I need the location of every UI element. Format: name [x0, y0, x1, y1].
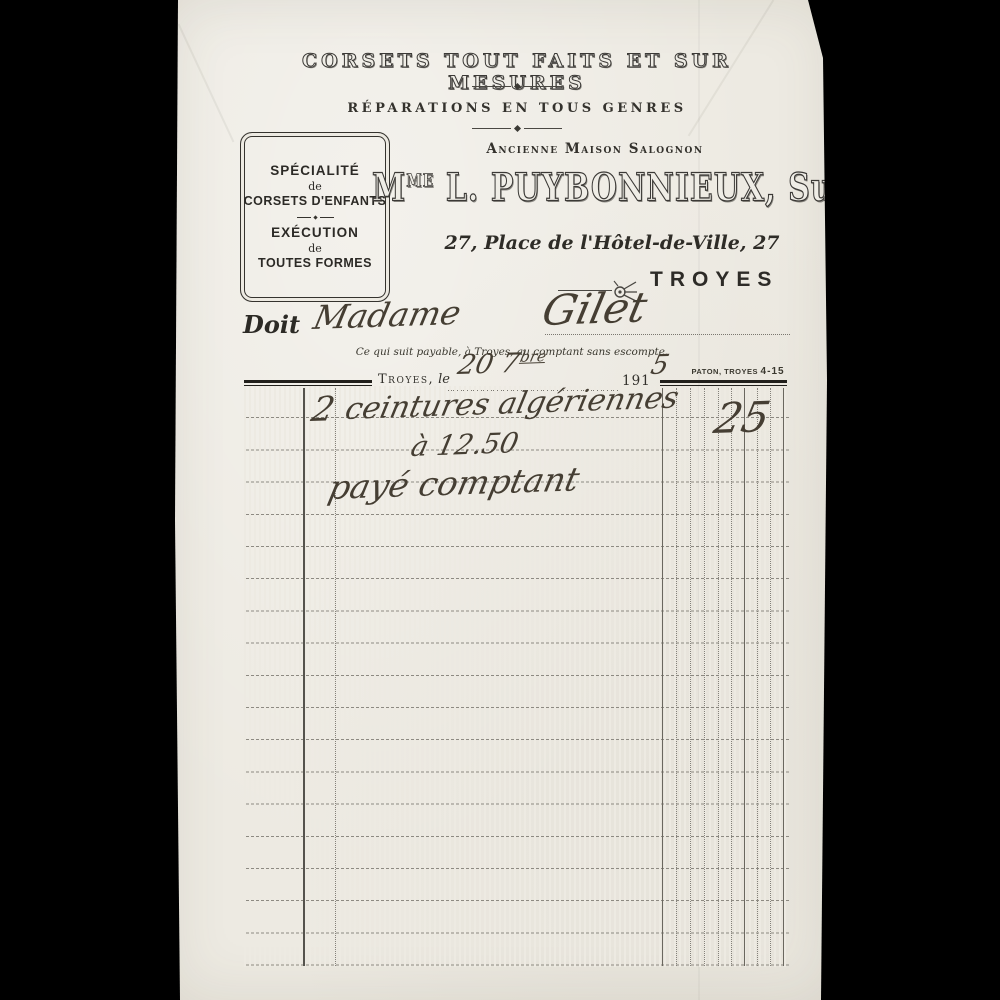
- specialty-title: EXÉCUTION: [271, 226, 359, 240]
- address-line: 27, Place de l'Hôtel-de-Ville, 27: [412, 232, 812, 254]
- specialty-item: CORSETS D'ENFANTS: [244, 195, 387, 208]
- proprietor-rest: L. PUYBONNIEUX, Succ: [434, 166, 872, 211]
- specialty-title: SPÉCIALITÉ: [270, 164, 360, 178]
- printer-code: 4-15: [761, 366, 785, 377]
- divider-ornament-icon: [472, 84, 562, 89]
- money-column-line: [704, 388, 705, 966]
- proprietor-initial: M: [372, 166, 406, 211]
- printer-imprint: Paton, Troyes 4-15: [682, 366, 794, 377]
- specialty-de: de: [308, 243, 322, 255]
- proprietor-sup: R: [872, 171, 885, 191]
- entry-unit-price-handwritten: à 12.50: [408, 426, 522, 463]
- client-surname-handwritten: Gilet: [538, 282, 651, 335]
- client-first: Madame: [310, 293, 465, 337]
- money-column-line: [731, 388, 732, 966]
- entry-unit-price: à 12.50: [408, 426, 522, 463]
- ledger-quantity-column-line: [303, 388, 305, 966]
- date-place-label: Troyes,le: [378, 372, 450, 387]
- predecessor-text: Ancienne Maison Salognon: [486, 141, 703, 157]
- predecessor-line: Ancienne Maison Salognon: [445, 141, 745, 157]
- money-column-line: [718, 388, 719, 966]
- scan-background: { "colors": { "background": "#000000", "…: [0, 0, 1000, 1000]
- city-name: TROYES: [650, 268, 778, 292]
- printer-name: Paton, Troyes: [691, 367, 758, 376]
- date-place-city: Troyes,: [378, 372, 434, 387]
- specialty-de: de: [308, 181, 322, 193]
- money-column-line: [744, 388, 745, 966]
- masthead-tagline-secondary: RÉPARATIONS EN TOUS GENRES: [317, 101, 717, 116]
- doit-label: Doit: [243, 310, 300, 339]
- date-month-sup: bre: [518, 347, 548, 366]
- date-place-le: le: [438, 372, 450, 387]
- paper-crease: [178, 24, 235, 143]
- date-day-month: 20 7: [455, 348, 522, 381]
- client-name-ruled-line: [545, 334, 790, 335]
- date-handwritten: 20 7bre: [455, 347, 548, 381]
- divider-ornament-icon: [297, 216, 334, 219]
- money-column-line: [662, 388, 663, 966]
- proprietor-name: MME L. PUYBONNIEUX, SuccR: [372, 166, 812, 211]
- client-name-handwritten: Madame: [310, 293, 465, 337]
- divider-ornament-icon: [472, 126, 562, 131]
- client-last: Gilet: [538, 282, 651, 335]
- entry-amount-handwritten: 25: [710, 392, 774, 443]
- money-column-line: [757, 388, 758, 966]
- money-column-line: [690, 388, 691, 966]
- money-column-line: [770, 388, 771, 966]
- invoice-paper: CORSETS TOUT FAITS ET SUR MESURES RÉPARA…: [170, 0, 832, 1000]
- specialty-box: SPÉCIALITÉ de CORSETS D'ENFANTS EXÉCUTIO…: [240, 132, 390, 302]
- proprietor-sup: ME: [406, 171, 434, 191]
- specialty-item: TOUTES FORMES: [258, 257, 372, 270]
- money-column-line: [783, 388, 784, 966]
- entry-amount: 25: [710, 392, 774, 443]
- money-column-line: [676, 388, 677, 966]
